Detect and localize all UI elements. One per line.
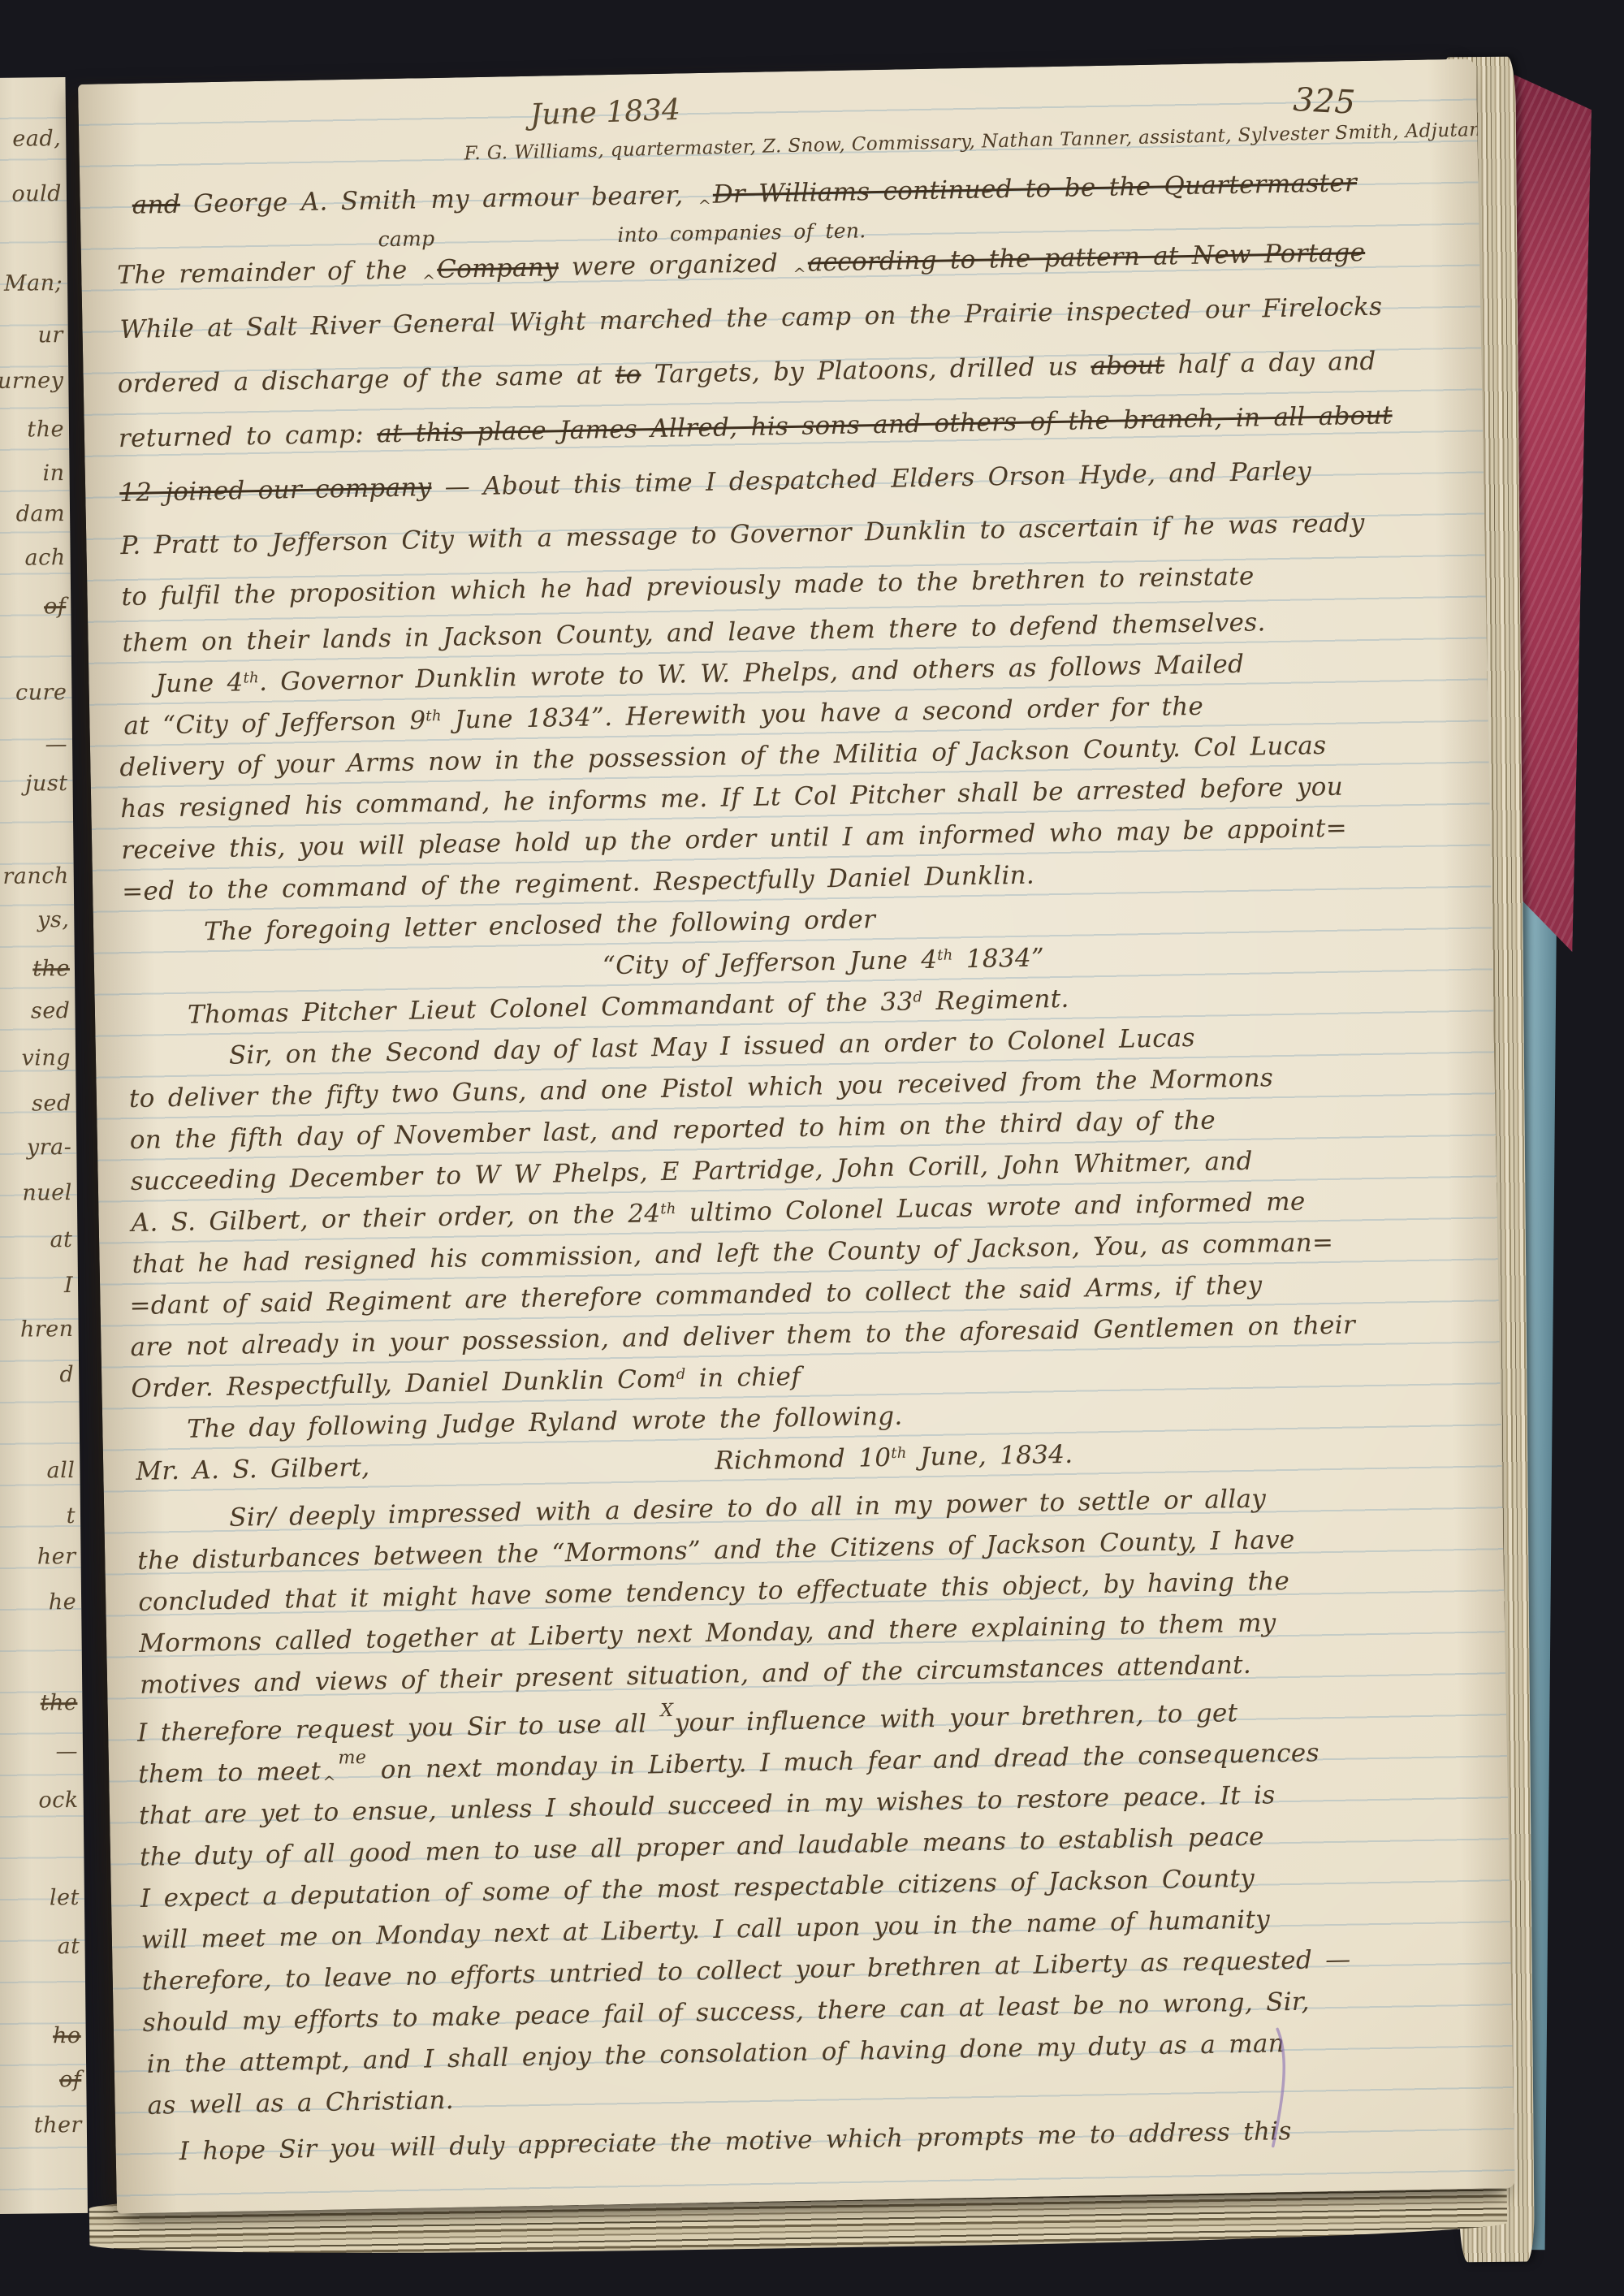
handwritten-text: June, 1834. [906,1440,1073,1472]
superscript-text: d [676,1366,686,1383]
manuscript-line: While at Salt River General Wight marche… [119,291,1449,357]
text-gap [110,246,378,251]
margin-fragment: at [50,1227,72,1252]
handwritten-text: George A. Smith my armour bearer, [180,180,697,219]
page-number: 325 [1292,81,1356,122]
margin-fragment: her [37,1544,76,1569]
handwritten-text: at “City of Jefferson 9 [123,706,426,741]
handwritten-text: Richmond 10 [715,1443,892,1476]
handwritten-text: Regiment. [922,984,1069,1016]
handwritten-text: as well as a Christian. [147,2086,454,2121]
struck-text: 12 joined our company [119,473,432,508]
manuscript-lines: and George A. Smith my armour bearer, ^D… [109,166,1482,2179]
text-gap [435,242,618,245]
margin-fragment: cure [15,680,67,706]
handwritten-text: While at Salt River General Wight marche… [119,292,1382,344]
handwritten-text: Mr. A. S. Gilbert, [136,1453,370,1486]
handwritten-text: half a day and [1164,347,1376,380]
margin-fragment: just [25,771,68,797]
superscript-text: d [913,988,922,1005]
handwritten-text: I therefore request you Sir to use all [137,1709,660,1748]
margin-fragment: t [66,1503,76,1529]
margin-fragment: Man; [4,270,63,296]
handwritten-text: into companies of ten. [617,218,866,247]
margin-fragment: yra- [27,1135,72,1161]
margin-fragment: dam [15,501,65,527]
interlinear-insert: me [338,1747,366,1769]
struck-text: at this place James Allred, his sons and… [377,400,1393,448]
margin-fragment: of [59,2067,82,2092]
margin-fragment: ho [53,2023,81,2048]
margin-fragment: ranch [2,863,69,889]
margin-fragment: in [42,460,64,486]
caret-mark: ^ [793,264,806,283]
heading-date: June 1834 [529,93,681,132]
manuscript-line: ordered a discharge of the same at to Ta… [117,345,1449,411]
margin-fragment: the [41,1690,78,1715]
margin-fragment: ach [24,545,65,571]
handwritten-text: The remainder of the [117,255,421,290]
margin-fragment: I [64,1273,73,1298]
margin-fragment: ur [37,322,63,348]
handwritten-text: ordered a discharge of the same at [117,361,615,399]
margin-fragment: ving [21,1045,71,1071]
margin-fragment: the [27,417,64,442]
scanned-journal-page-scene: ead,ouldMan;urjourneytheindamachofcure—j… [0,0,1624,2296]
margin-fragment: he [49,1589,77,1615]
caret-mark: ^ [698,196,711,214]
margin-fragment: journey [0,368,64,394]
margin-fragment: all [46,1458,75,1483]
superscript-text: th [425,707,442,724]
struck-text: Company [437,253,559,284]
margin-fragment: nuel [22,1180,72,1206]
handwritten-text: them to meet [138,1757,322,1789]
handwritten-text: — About this time I despatched Elders Or… [431,456,1311,502]
purple-pen-mark [1246,2024,1298,2155]
margin-fragment: the [32,956,70,981]
previous-page-edge: ead,ouldMan;urjourneytheindamachofcure—j… [0,77,88,2214]
margin-fragment: at [57,1934,80,1959]
struck-text: and [132,190,180,220]
handwritten-text: were organized [559,249,792,282]
handwritten-text: your influence with your brethren, to ge… [674,1698,1237,1738]
margin-fragment: of [44,594,67,619]
handwritten-text: June 4 [155,668,244,698]
journal-page-inner: June 1834 325 F. G. Williams, quartermas… [78,58,1515,2213]
handwritten-text: Thomas Pitcher Lieut Colonel Commandant … [188,987,914,1029]
margin-fragment: let [50,1885,80,1910]
margin-fragment: ock [38,1788,79,1814]
margin-fragment: — [45,732,67,757]
struck-text: to [615,360,641,390]
margin-fragment: ould [11,181,62,207]
superscript-text: th [891,1445,907,1462]
manuscript-line: returned to camp: at this place James Al… [119,400,1451,465]
margin-fragment: sed [31,998,71,1024]
handwritten-text: camp [378,227,434,251]
handwritten-text: 1834” [952,943,1044,974]
margin-fragment: ead, [12,126,61,152]
caret-mark: ^ [422,271,436,290]
handwritten-text: Targets, by Platoons, drilled us [641,352,1091,389]
margin-fragment: ys, [37,907,70,932]
caret-mark: ^ [322,1772,336,1791]
interlinear-insert: X [660,1700,674,1721]
struck-text: about [1091,351,1165,382]
struck-text: Dr Williams continued to be the Quarterm… [713,168,1358,210]
superscript-text: th [243,669,259,686]
margin-fragment: d [59,1362,74,1387]
superscript-text: th [660,1200,676,1217]
margin-fragment: — [55,1739,78,1764]
handwritten-text: returned to camp: [119,419,378,453]
margin-fragment: ther [34,2112,82,2138]
journal-page: June 1834 325 F. G. Williams, quartermas… [78,58,1515,2213]
superscript-text: th [937,947,953,964]
handwritten-text: “City of Jefferson June 4 [603,945,938,981]
margin-fragment: hren [20,1317,74,1343]
margin-fragment: sed [32,1091,71,1117]
handwritten-text: in chief [685,1362,801,1394]
text-gap [370,1469,715,1476]
